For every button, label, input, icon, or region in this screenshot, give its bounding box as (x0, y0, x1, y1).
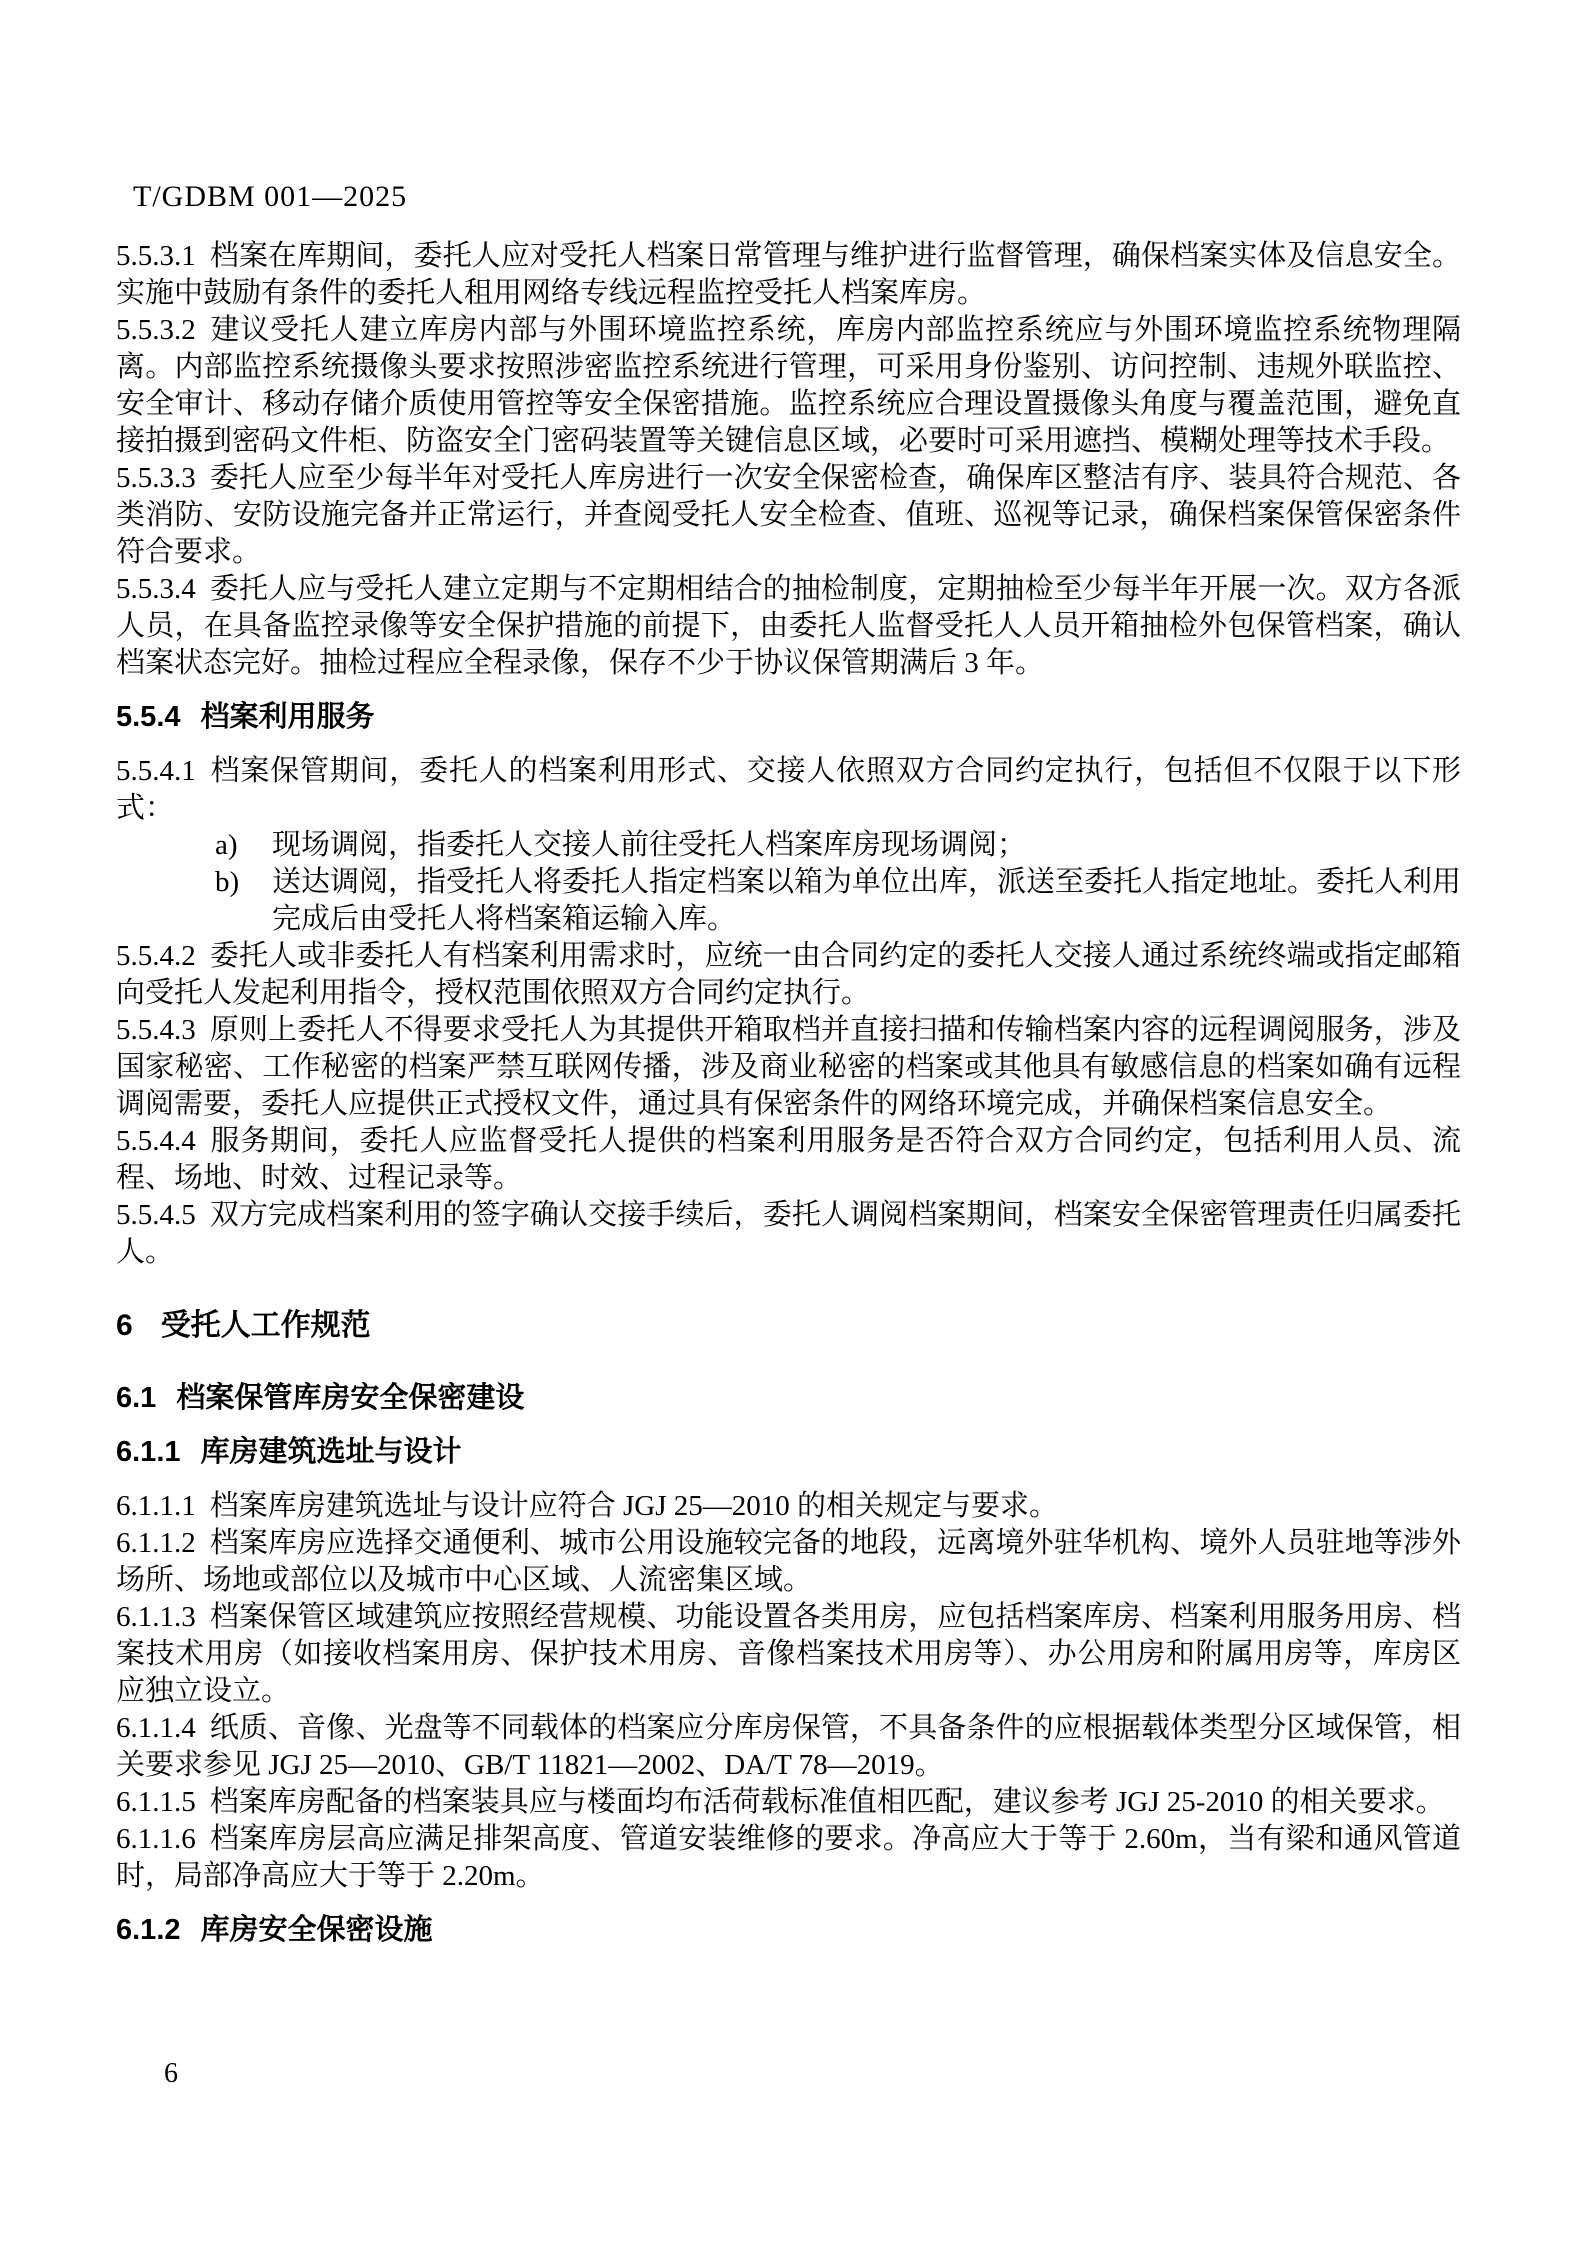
clause-6-1-1-6: 6.1.1.6档案库房层高应满足排架高度、管道安装维修的要求。净高应大于等于 2… (116, 1821, 1461, 1895)
list-marker: b) (215, 864, 272, 938)
clause-text: 档案库房层高应满足排架高度、管道安装维修的要求。净高应大于等于 2.60m，当有… (116, 1823, 1461, 1892)
clause-6-1-1-2: 6.1.1.2档案库房应选择交通便利、城市公用设施较完备的地段，远离境外驻华机构… (116, 1525, 1461, 1599)
clause-number: 6.1.1.3 (116, 1601, 196, 1633)
clause-6-1-1-1: 6.1.1.1档案库房建筑选址与设计应符合 JGJ 25—2010 的相关规定与… (116, 1488, 1461, 1525)
clause-6-1-1-4: 6.1.1.4纸质、音像、光盘等不同载体的档案应分库房保管，不具备条件的应根据载… (116, 1710, 1461, 1784)
heading-text: 库房安全保密设施 (201, 1914, 433, 1946)
document-page: T/GDBM 001—2025 5.5.3.1档案在库期间，委托人应对受托人档案… (0, 0, 1587, 2245)
clause-5-5-3-3: 5.5.3.3委托人应至少每半年对受托人库房进行一次安全保密检查，确保库区整洁有… (116, 460, 1461, 571)
clause-number: 6.1.1.6 (116, 1823, 196, 1855)
document-body: 5.5.3.1档案在库期间，委托人应对受托人档案日常管理与维护进行监督管理，确保… (116, 238, 1461, 1966)
clause-number: 6.1.1.4 (116, 1712, 196, 1744)
clause-text: 档案保管期间，委托人的档案利用形式、交接人依照双方合同约定执行，包括但不仅限于以… (116, 755, 1461, 824)
clause-5-5-4-3: 5.5.4.3原则上委托人不得要求受托人为其提供开箱取档并直接扫描和传输档案内容… (116, 1012, 1461, 1123)
heading-number: 6.1.2 (116, 1914, 181, 1946)
clause-number: 5.5.4.1 (116, 755, 196, 787)
clause-5-5-3-1: 5.5.3.1档案在库期间，委托人应对受托人档案日常管理与维护进行监督管理，确保… (116, 238, 1461, 312)
clause-6-1-1-3: 6.1.1.3档案保管区域建筑应按照经营规模、功能设置各类用房，应包括档案库房、… (116, 1599, 1461, 1710)
heading-text: 档案利用服务 (201, 701, 375, 733)
list-item-text: 现场调阅，指委托人交接人前往受托人档案库房现场调阅； (272, 827, 1461, 864)
section-heading-5-5-4: 5.5.4档案利用服务 (116, 699, 1461, 736)
clause-5-5-3-4: 5.5.3.4委托人应与受托人建立定期与不定期相结合的抽检制度，定期抽检至少每半… (116, 571, 1461, 682)
heading-number: 6.1 (116, 1382, 156, 1414)
clause-number: 5.5.4.4 (116, 1125, 196, 1157)
clause-text: 档案库房建筑选址与设计应符合 JGJ 25—2010 的相关规定与要求。 (210, 1490, 1058, 1522)
chapter-heading-6: 6受托人工作规范 (116, 1307, 1461, 1344)
list-item-text: 送达调阅，指受托人将委托人指定档案以箱为单位出库，派送至委托人指定地址。委托人利… (272, 864, 1461, 938)
clause-6-1-1-5: 6.1.1.5档案库房配备的档案装具应与楼面均布活荷载标准值相匹配，建议参考 J… (116, 1784, 1461, 1821)
clause-5-5-4-4: 5.5.4.4服务期间，委托人应监督受托人提供的档案利用服务是否符合双方合同约定… (116, 1123, 1461, 1197)
document-header: T/GDBM 001—2025 (133, 180, 407, 214)
clause-number: 6.1.1.1 (116, 1490, 196, 1522)
page-number: 6 (164, 2058, 178, 2090)
clause-number: 5.5.3.3 (116, 462, 196, 494)
clause-text: 双方完成档案利用的签字确认交接手续后，委托人调阅档案期间，档案安全保密管理责任归… (116, 1199, 1461, 1268)
clause-text: 纸质、音像、光盘等不同载体的档案应分库房保管，不具备条件的应根据载体类型分区域保… (116, 1712, 1461, 1781)
clause-number: 5.5.4.2 (116, 940, 196, 972)
clause-number: 5.5.3.1 (116, 240, 196, 272)
clause-5-5-4-1: 5.5.4.1档案保管期间，委托人的档案利用形式、交接人依照双方合同约定执行，包… (116, 753, 1461, 827)
heading-text: 库房建筑选址与设计 (201, 1436, 462, 1468)
clause-text: 档案在库期间，委托人应对受托人档案日常管理与维护进行监督管理，确保档案实体及信息… (116, 240, 1461, 309)
clause-number: 5.5.4.5 (116, 1199, 196, 1231)
section-heading-6-1-2: 6.1.2库房安全保密设施 (116, 1912, 1461, 1949)
heading-text: 受托人工作规范 (161, 1309, 371, 1342)
clause-text: 建议受托人建立库房内部与外围环境监控系统，库房内部监控系统应与外围环境监控系统物… (116, 314, 1461, 457)
clause-text: 委托人应与受托人建立定期与不定期相结合的抽检制度，定期抽检至少每半年开展一次。双… (116, 573, 1461, 679)
clause-number: 6.1.1.2 (116, 1527, 196, 1559)
clause-number: 5.5.3.2 (116, 314, 196, 346)
heading-number: 6 (116, 1309, 133, 1342)
list-marker: a) (215, 827, 272, 864)
section-heading-6-1-1: 6.1.1库房建筑选址与设计 (116, 1434, 1461, 1471)
clause-number: 5.5.4.3 (116, 1014, 196, 1046)
heading-text: 档案保管库房安全保密建设 (176, 1382, 524, 1414)
clause-text: 委托人或非委托人有档案利用需求时，应统一由合同约定的委托人交接人通过系统终端或指… (116, 940, 1461, 1009)
clause-5-5-4-2: 5.5.4.2委托人或非委托人有档案利用需求时，应统一由合同约定的委托人交接人通… (116, 938, 1461, 1012)
clause-text: 委托人应至少每半年对受托人库房进行一次安全保密检查，确保库区整洁有序、装具符合规… (116, 462, 1461, 568)
list-item-a: a)现场调阅，指委托人交接人前往受托人档案库房现场调阅； (215, 827, 1461, 864)
clause-text: 服务期间，委托人应监督受托人提供的档案利用服务是否符合双方合同约定，包括利用人员… (116, 1125, 1461, 1194)
clause-5-5-4-5: 5.5.4.5双方完成档案利用的签字确认交接手续后，委托人调阅档案期间，档案安全… (116, 1197, 1461, 1271)
clause-text: 档案保管区域建筑应按照经营规模、功能设置各类用房，应包括档案库房、档案利用服务用… (116, 1601, 1461, 1707)
section-heading-6-1: 6.1档案保管库房安全保密建设 (116, 1380, 1461, 1417)
clause-number: 6.1.1.5 (116, 1786, 196, 1818)
heading-number: 6.1.1 (116, 1436, 181, 1468)
list-item-b: b)送达调阅，指受托人将委托人指定档案以箱为单位出库，派送至委托人指定地址。委托… (215, 864, 1461, 938)
heading-number: 5.5.4 (116, 701, 181, 733)
clause-text: 档案库房应选择交通便利、城市公用设施较完备的地段，远离境外驻华机构、境外人员驻地… (116, 1527, 1461, 1596)
clause-text: 原则上委托人不得要求受托人为其提供开箱取档并直接扫描和传输档案内容的远程调阅服务… (116, 1014, 1461, 1120)
clause-text: 档案库房配备的档案装具应与楼面均布活荷载标准值相匹配，建议参考 JGJ 25-2… (210, 1786, 1445, 1818)
clause-5-5-3-2: 5.5.3.2建议受托人建立库房内部与外围环境监控系统，库房内部监控系统应与外围… (116, 312, 1461, 460)
clause-number: 5.5.3.4 (116, 573, 196, 605)
